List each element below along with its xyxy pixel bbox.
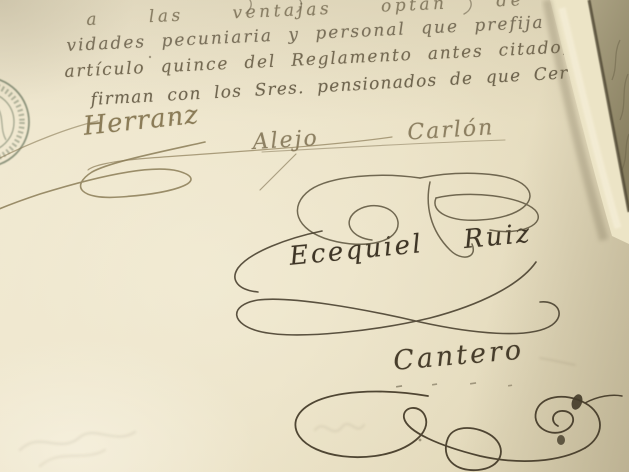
manuscript-photo: a las ventajas optan de vidades pecuniar… xyxy=(0,0,629,472)
flourish-cantero xyxy=(295,391,622,470)
stamp-rim-lettering xyxy=(0,84,22,160)
crease-shadow-line xyxy=(589,0,629,212)
signature-cantero: Cantero xyxy=(392,335,525,377)
signature-alejo-carlon: Alejo Carlón xyxy=(252,115,495,155)
ink-stamp xyxy=(0,77,29,167)
ghost-bleedthrough xyxy=(20,358,575,466)
signature-ecequiel-ruiz: Ecequiel Ruiz xyxy=(288,219,533,272)
